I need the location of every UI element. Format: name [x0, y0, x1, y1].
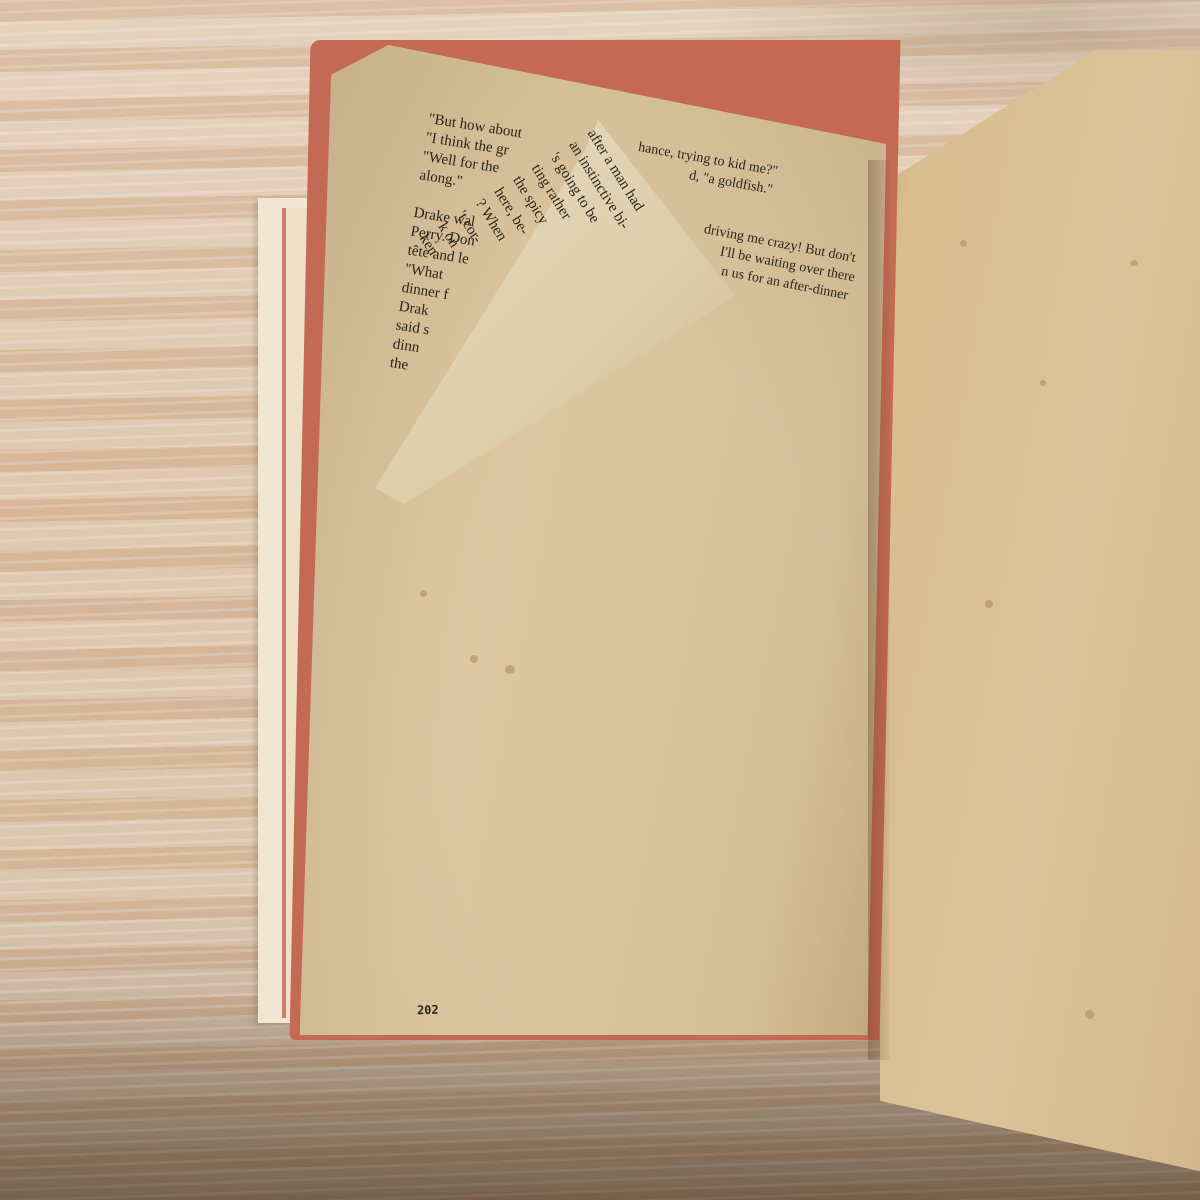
right-page [880, 50, 1200, 1180]
photo-scene: "But how about "I think the gr "Well for… [0, 0, 1200, 1200]
page-number: 202 [417, 1003, 439, 1017]
book-gutter [868, 160, 890, 1060]
